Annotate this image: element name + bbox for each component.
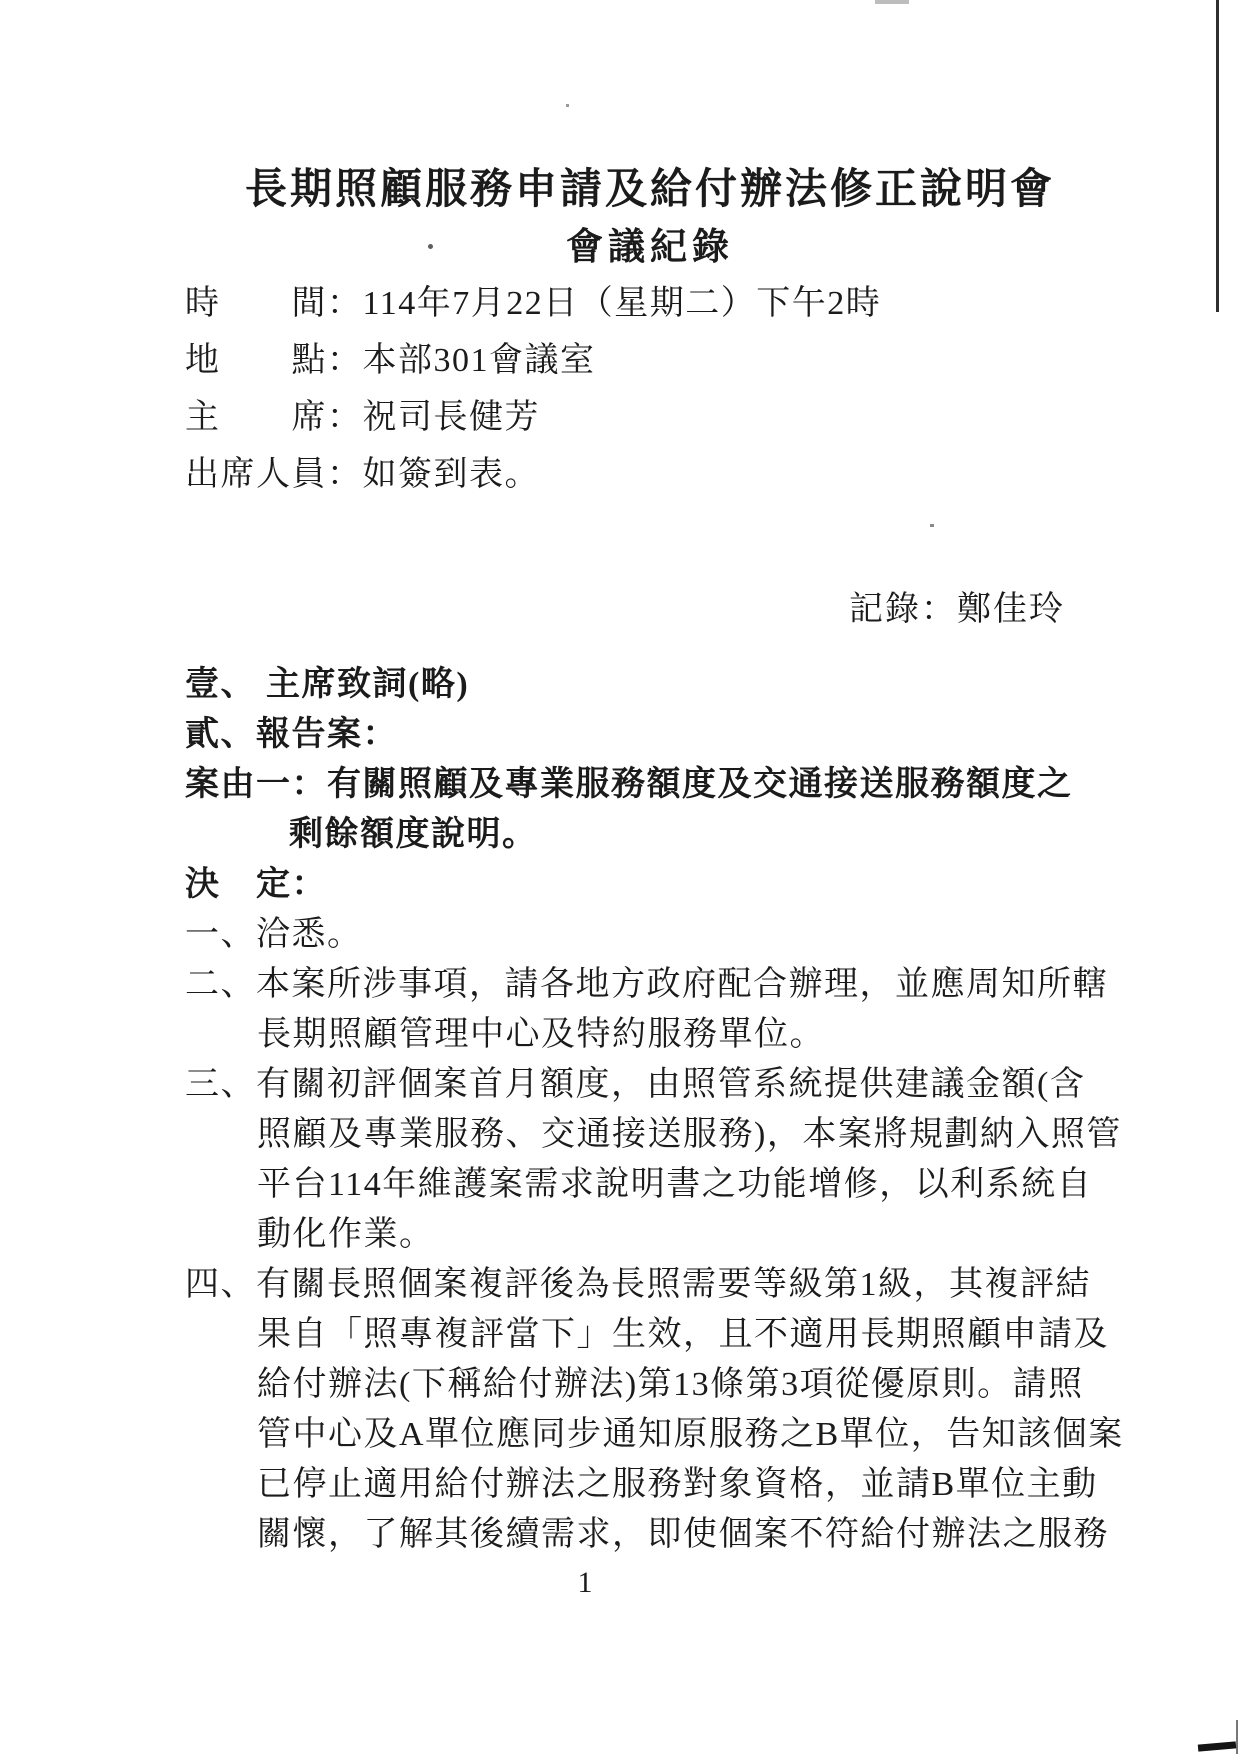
scanned-document-page: 長期照顧服務申請及給付辦法修正說明會 會議紀錄 時 間：114年7月22日（星期…: [0, 0, 1241, 1754]
decision-heading: 決 定：: [185, 860, 1130, 910]
meta-chair-line: 主 席：祝司長健芳: [185, 395, 1125, 452]
section-1-heading: 壹、 主席致詞(略): [185, 660, 1130, 710]
decision-3-line-3: 平台114年維護案需求說明書之功能增修，以利系統自: [185, 1160, 1130, 1210]
document-body: 壹、 主席致詞(略) 貳、報告案： 案由一：有關照顧及專業服務額度及交通接送服務…: [185, 660, 1130, 1560]
document-subtitle: 會議紀錄: [185, 216, 1115, 270]
meta-time-line: 時 間：114年7月22日（星期二）下午2時: [185, 281, 1125, 338]
meta-place-line: 地 點：本部301會議室: [185, 338, 1125, 395]
meeting-meta-block: 時 間：114年7月22日（星期二）下午2時 地 點：本部301會議室 主 席：…: [185, 281, 1125, 509]
case-1-line-2: 剩餘額度說明。: [185, 810, 1130, 860]
scan-corner-mark-artifact: [1198, 1741, 1236, 1751]
document-title: 長期照顧服務申請及給付辦法修正說明會: [185, 156, 1115, 216]
decision-2-line-2: 長期照顧管理中心及特約服務單位。: [185, 1010, 1130, 1060]
decision-1-line-1: 一、洽悉。: [185, 910, 1130, 960]
scan-dot-artifact: [566, 104, 569, 107]
decision-4-line-1: 四、有關長照個案複評後為長照需要等級第1級，其複評結: [185, 1260, 1130, 1310]
scan-dot-artifact: [428, 244, 433, 249]
decision-4-line-2: 果自「照專複評當下」生效，且不適用長期照顧申請及: [185, 1310, 1130, 1360]
decision-3-line-4: 動化作業。: [185, 1210, 1130, 1260]
recorder-line: 記錄：鄭佳玲: [185, 581, 1115, 630]
decision-4-line-3: 給付辦法(下稱給付辦法)第13條第3項從優原則。請照: [185, 1360, 1130, 1410]
decision-3-line-2: 照顧及專業服務、交通接送服務)，本案將規劃納入照管: [185, 1110, 1130, 1160]
decision-2-line-1: 二、本案所涉事項，請各地方政府配合辦理，並應周知所轄: [185, 960, 1130, 1010]
scan-dot-artifact: [930, 524, 934, 527]
page-number: 1: [185, 1566, 985, 1600]
meta-attendees-line: 出席人員：如簽到表。: [185, 452, 1125, 509]
case-1-line-1: 案由一：有關照顧及專業服務額度及交通接送服務額度之: [185, 760, 1130, 810]
decision-4-line-6: 關懷，了解其後續需求，即使個案不符給付辦法之服務: [185, 1510, 1130, 1560]
scan-dot-artifact: [477, 1369, 480, 1372]
scan-speck-artifact: [875, 0, 909, 4]
decision-4-line-4: 管中心及A單位應同步通知原服務之B單位，告知該個案: [185, 1410, 1130, 1460]
decision-3-line-1: 三、有關初評個案首月額度，由照管系統提供建議金額(含: [185, 1060, 1130, 1110]
scan-edge-line-artifact: [1216, 0, 1219, 312]
decision-4-line-5: 已停止適用給付辦法之服務對象資格，並請B單位主動: [185, 1460, 1130, 1510]
section-2-heading: 貳、報告案：: [185, 710, 1130, 760]
scan-edge-line-artifact: [1236, 1720, 1238, 1754]
